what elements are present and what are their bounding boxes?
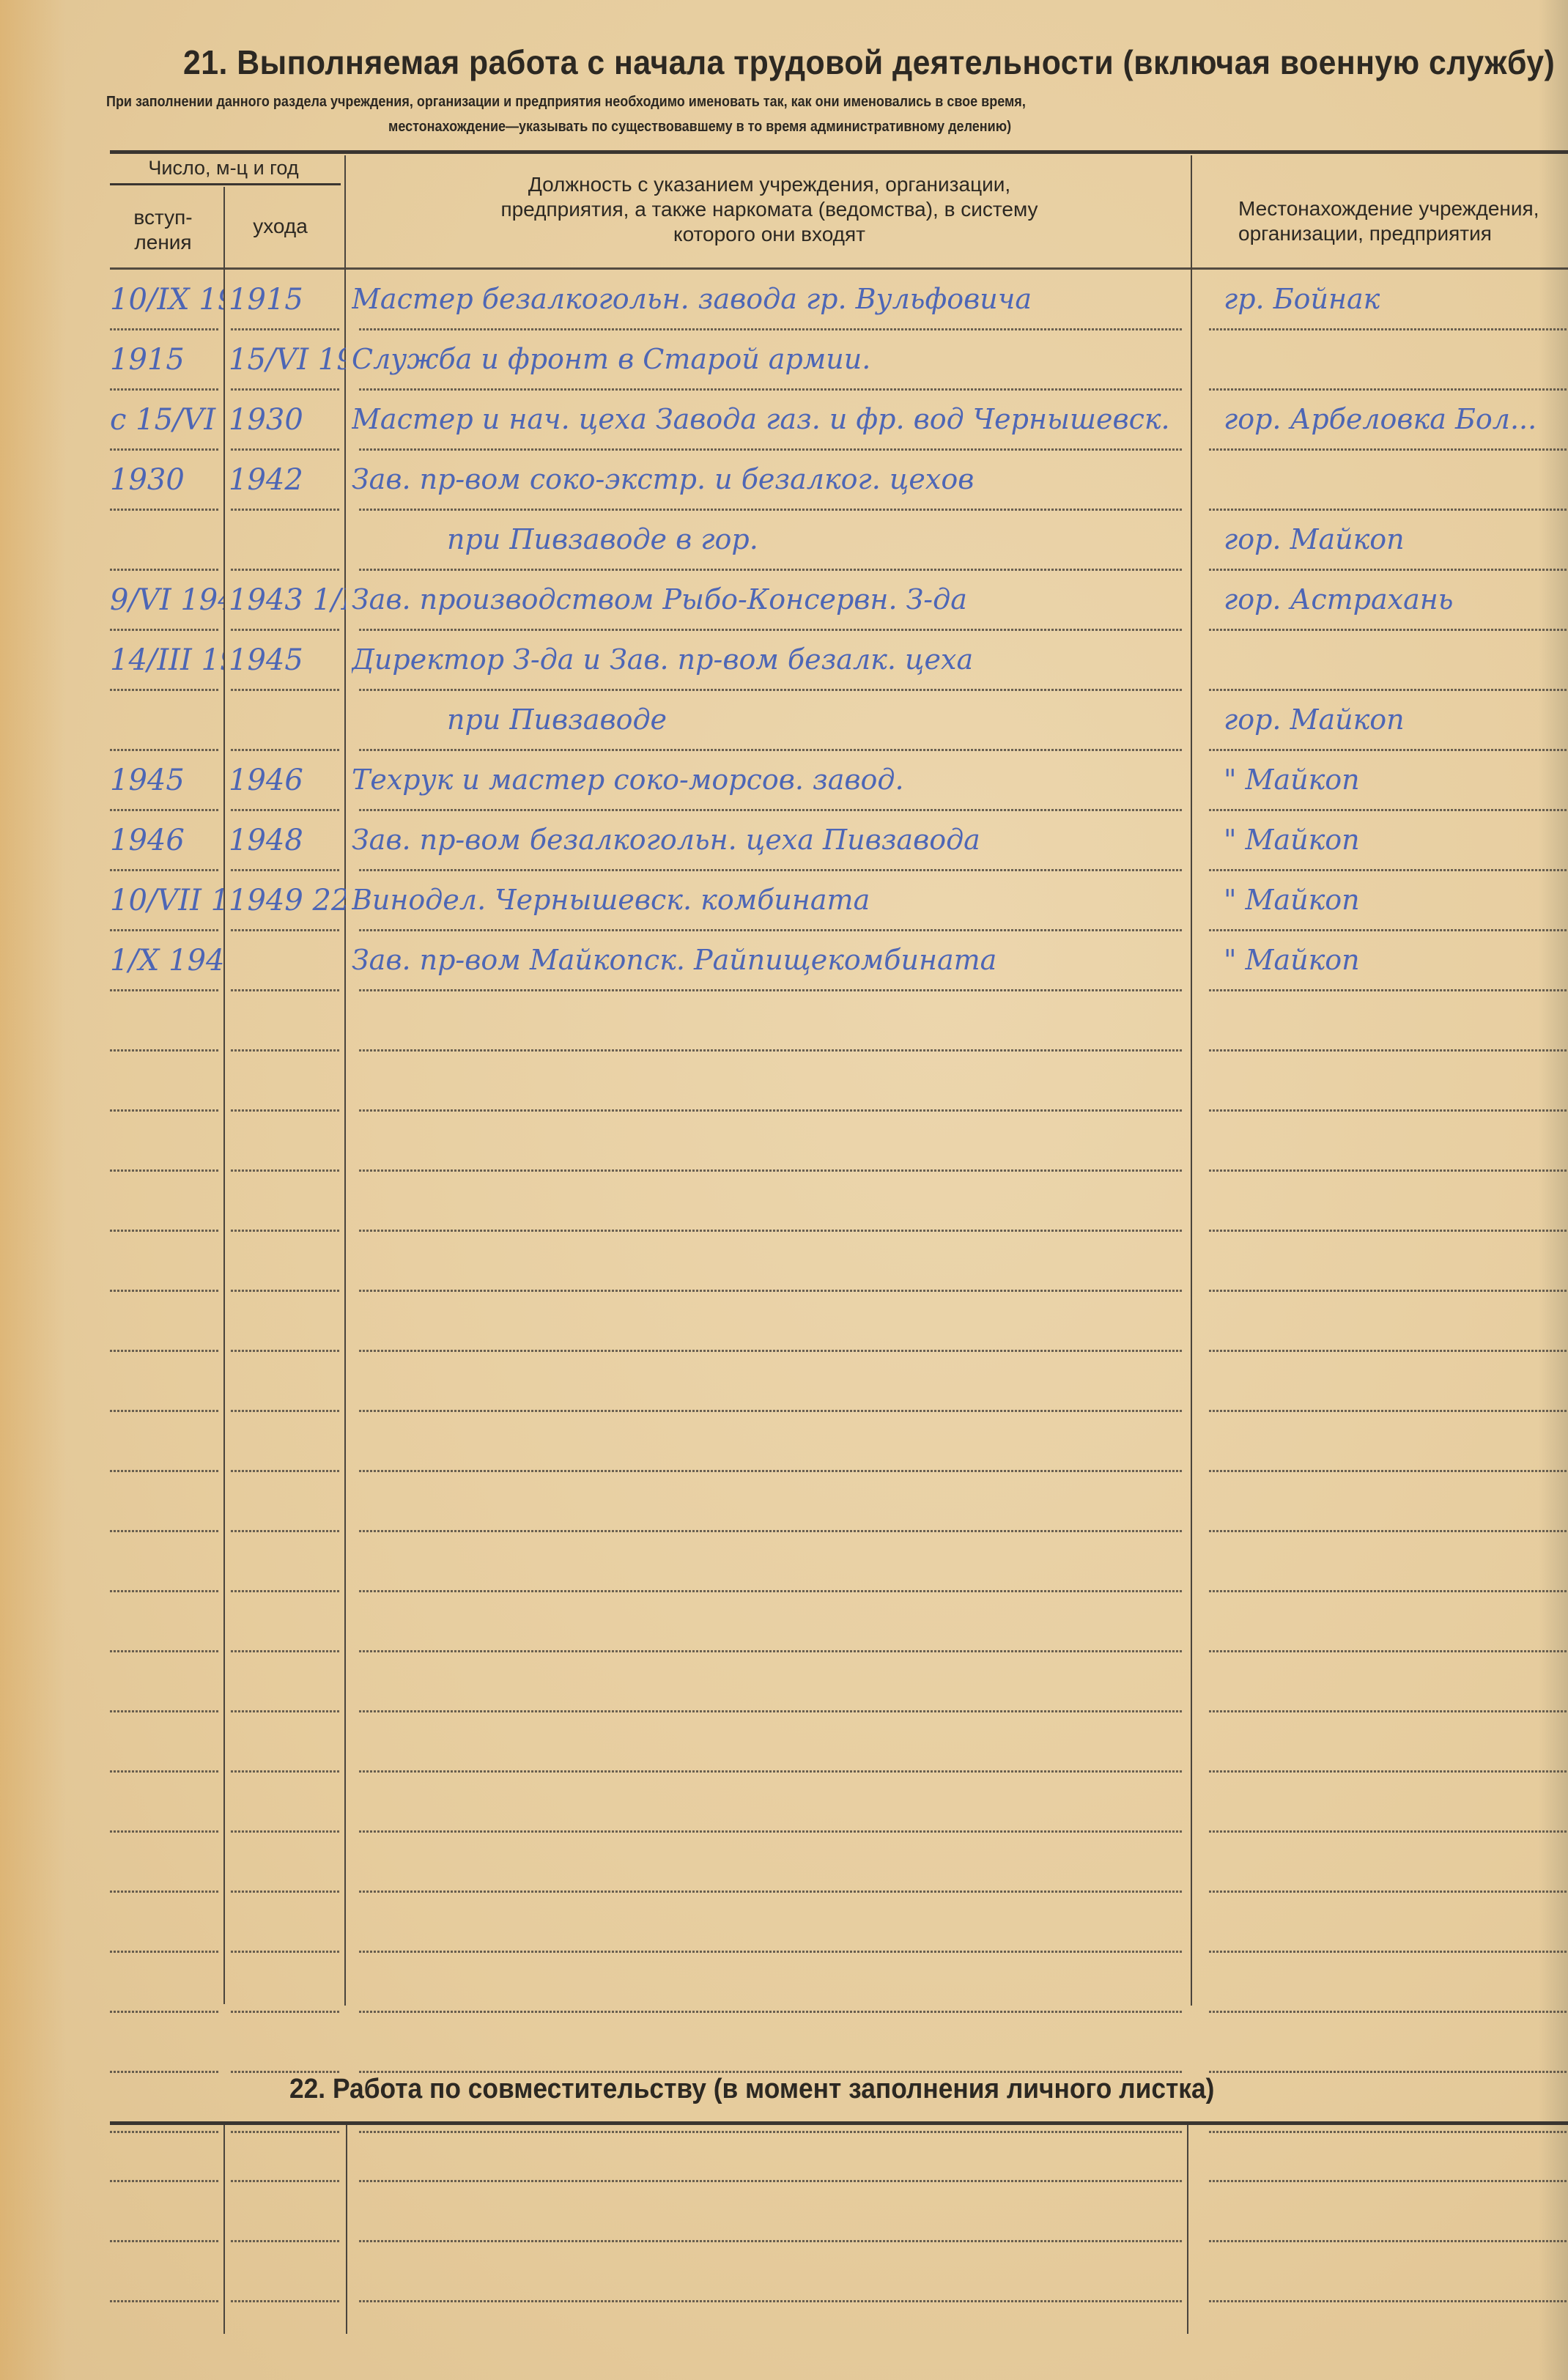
row-line-11-seg-3	[1209, 989, 1568, 991]
row-line-26-seg-2	[359, 1891, 1183, 1893]
row-line-20-seg-0	[110, 1530, 220, 1532]
row-line-19-seg-0	[110, 1470, 220, 1472]
row-line-21-seg-0	[110, 1590, 220, 1592]
location-text: гор. Майкоп	[1224, 523, 1405, 555]
row-line-1-seg-1	[231, 388, 341, 391]
row-line-13-seg-3	[1209, 1109, 1568, 1112]
row-line-10-seg-0	[110, 929, 220, 931]
row-line-1-seg-3	[1209, 388, 1568, 391]
s22-col-rule-1	[223, 2125, 225, 2334]
row-line-19-seg-2	[359, 1470, 1183, 1472]
position-text: Зав. пр-вом Майкопск. Райпищекомбината	[352, 944, 996, 976]
row-line-7-seg-1	[231, 749, 341, 751]
position-text: при Пивзаводе в гор.	[447, 523, 758, 555]
position-text: Мастер и нач. цеха Завода газ. и фр. вод…	[352, 403, 1170, 435]
entry-date: с 15/VI 1918	[110, 403, 223, 437]
col-rule-3	[1191, 155, 1192, 2006]
row-line-16-seg-2	[359, 1290, 1183, 1292]
row-line-10-seg-3	[1209, 929, 1568, 931]
exit-date: 1946	[229, 764, 303, 797]
row-line-2-seg-3	[1209, 448, 1568, 451]
row-line-14-seg-1	[231, 1169, 341, 1172]
row-line-8-seg-2	[359, 809, 1183, 811]
entry-date: 9/VI 1942	[110, 583, 223, 617]
row-line-11-seg-2	[359, 989, 1183, 991]
row-line-18-seg-0	[110, 1410, 220, 1412]
row-line-8-seg-3	[1209, 809, 1568, 811]
row-line-21-seg-2	[359, 1590, 1183, 1592]
row-line-10-seg-2	[359, 929, 1183, 931]
section-22-top-rule	[110, 2121, 1568, 2125]
row-line-21-seg-3	[1209, 1590, 1568, 1592]
row-line-23-seg-3	[1209, 1710, 1568, 1712]
row-line-5-seg-0	[110, 629, 220, 631]
exit-date: 15/VI 1918	[229, 343, 346, 377]
row-line-12-seg-1	[231, 1049, 341, 1052]
row-line-27-seg-3	[1209, 1951, 1568, 1953]
row-line-28-seg-0	[110, 2011, 220, 2013]
position-text: Директор З-да и Зав. пр-вом безалк. цеха	[352, 643, 973, 676]
row-line-24-seg-2	[359, 1770, 1183, 1773]
row-line-16-seg-1	[231, 1290, 341, 1292]
position-text: Техрук и мастер соко-морсов. завод.	[352, 764, 904, 796]
row-line-20-seg-1	[231, 1530, 341, 1532]
exit-date: 1930	[229, 403, 303, 437]
row-line-28-seg-2	[359, 2011, 1183, 2013]
row-line-9-seg-1	[231, 869, 341, 871]
exit-date: 1945	[229, 643, 303, 677]
row-line-8-seg-1	[231, 809, 341, 811]
row-line-4-seg-1	[231, 569, 341, 571]
header-exit: ухода	[220, 214, 341, 239]
row-line-10-seg-1	[231, 929, 341, 931]
header-location: Местонахождение учреждения, организации,…	[1202, 196, 1568, 246]
row-line-5-seg-1	[231, 629, 341, 631]
location-text: " Майкоп	[1224, 824, 1360, 856]
row-line-2-seg-2	[359, 448, 1183, 451]
entry-date: 1946	[110, 824, 185, 857]
row-line-15-seg-2	[359, 1230, 1183, 1232]
exit-date: 1949 22/II	[229, 884, 346, 917]
row-line-27-seg-2	[359, 1951, 1183, 1953]
section-21-note-line2: местонахождение—указывать по существовав…	[388, 119, 1011, 136]
row-line-19-seg-1	[231, 1470, 341, 1472]
position-text: при Пивзаводе	[447, 703, 667, 736]
row-line-11-seg-1	[231, 989, 341, 991]
row-line-3-seg-2	[359, 509, 1183, 511]
row-line-2-seg-0	[110, 448, 220, 451]
entry-date: 1930	[110, 463, 185, 497]
row-line-28-seg-1	[231, 2011, 341, 2013]
location-text: " Майкоп	[1224, 764, 1360, 796]
row-line-27-seg-0	[110, 1951, 220, 1953]
row-line-6-seg-2	[359, 689, 1183, 691]
position-text: Служба и фронт в Старой армии.	[352, 343, 870, 375]
row-line-1-seg-0	[110, 388, 220, 391]
row-line-11-seg-0	[110, 989, 220, 991]
location-text: гор. Астрахань	[1224, 583, 1453, 616]
row-line-23-seg-0	[110, 1710, 220, 1712]
row-line-15-seg-0	[110, 1230, 220, 1232]
row-line-24-seg-3	[1209, 1770, 1568, 1773]
row-line-0-seg-3	[1209, 328, 1568, 330]
s22-row-line-1-seg-0	[110, 2240, 220, 2242]
s22-col-rule-2	[346, 2125, 347, 2334]
row-line-17-seg-3	[1209, 1350, 1568, 1352]
s22-row-line-1-seg-3	[1209, 2240, 1568, 2242]
header-date-group: Число, м-ц и год	[106, 155, 341, 180]
entry-date: 1945	[110, 764, 185, 797]
s22-row-line-0-seg-3	[1209, 2180, 1568, 2182]
row-line-25-seg-0	[110, 1830, 220, 1833]
row-line-14-seg-0	[110, 1169, 220, 1172]
s22-col-rule-3	[1187, 2125, 1188, 2334]
row-line-28-seg-3	[1209, 2011, 1568, 2013]
row-line-30-seg-1	[231, 2131, 341, 2133]
row-line-19-seg-3	[1209, 1470, 1568, 1472]
row-line-8-seg-0	[110, 809, 220, 811]
row-line-3-seg-0	[110, 509, 220, 511]
location-text: гр. Бойнак	[1224, 283, 1380, 315]
s22-row-line-2-seg-1	[231, 2300, 341, 2302]
row-line-24-seg-0	[110, 1770, 220, 1773]
row-line-12-seg-0	[110, 1049, 220, 1052]
row-line-12-seg-3	[1209, 1049, 1568, 1052]
row-line-21-seg-1	[231, 1590, 341, 1592]
row-line-7-seg-2	[359, 749, 1183, 751]
exit-date: 1942	[229, 463, 303, 497]
row-line-3-seg-1	[231, 509, 341, 511]
row-line-17-seg-2	[359, 1350, 1183, 1352]
row-line-23-seg-1	[231, 1710, 341, 1712]
row-line-1-seg-2	[359, 388, 1183, 391]
row-line-29-seg-3	[1209, 2071, 1568, 2073]
position-text: Зав. пр-вом безалкогольн. цеха Пивзавода	[352, 824, 980, 856]
row-line-15-seg-3	[1209, 1230, 1568, 1232]
row-line-26-seg-3	[1209, 1891, 1568, 1893]
row-line-0-seg-2	[359, 328, 1183, 330]
row-line-0-seg-1	[231, 328, 341, 330]
row-line-9-seg-2	[359, 869, 1183, 871]
row-line-13-seg-0	[110, 1109, 220, 1112]
row-line-22-seg-0	[110, 1650, 220, 1652]
s22-row-line-1-seg-2	[359, 2240, 1183, 2242]
row-line-0-seg-0	[110, 328, 220, 330]
location-text: гор. Майкоп	[1224, 703, 1405, 736]
row-line-25-seg-2	[359, 1830, 1183, 1833]
row-line-27-seg-1	[231, 1951, 341, 1953]
row-line-5-seg-3	[1209, 629, 1568, 631]
position-text: Зав. пр-вом соко-экстр. и безалког. цехо…	[352, 463, 974, 495]
entry-date: 1915	[110, 343, 185, 377]
location-text: " Майкоп	[1224, 944, 1360, 976]
row-line-30-seg-2	[359, 2131, 1183, 2133]
row-line-16-seg-0	[110, 1290, 220, 1292]
row-line-24-seg-1	[231, 1770, 341, 1773]
entry-date: 10/IX 1913	[110, 283, 223, 317]
row-line-23-seg-2	[359, 1710, 1183, 1712]
row-line-18-seg-3	[1209, 1410, 1568, 1412]
row-line-9-seg-0	[110, 869, 220, 871]
row-line-4-seg-0	[110, 569, 220, 571]
row-line-29-seg-1	[231, 2071, 341, 2073]
row-line-6-seg-1	[231, 689, 341, 691]
position-text: Винодел. Чернышевск. комбината	[352, 884, 870, 916]
row-line-17-seg-1	[231, 1350, 341, 1352]
entry-date: 14/III 1943	[110, 643, 223, 677]
row-line-29-seg-2	[359, 2071, 1183, 2073]
s22-row-line-1-seg-1	[231, 2240, 341, 2242]
row-line-3-seg-3	[1209, 509, 1568, 511]
row-line-9-seg-3	[1209, 869, 1568, 871]
col-rule-1	[223, 187, 225, 2004]
row-line-2-seg-1	[231, 448, 341, 451]
exit-date: 1948	[229, 824, 303, 857]
section-21-note-line1: При заполнении данного раздела учреждени…	[106, 94, 1026, 111]
row-line-18-seg-1	[231, 1410, 341, 1412]
row-line-4-seg-3	[1209, 569, 1568, 571]
row-line-7-seg-3	[1209, 749, 1568, 751]
row-line-29-seg-0	[110, 2071, 220, 2073]
row-line-6-seg-3	[1209, 689, 1568, 691]
s22-row-line-0-seg-0	[110, 2180, 220, 2182]
row-line-17-seg-0	[110, 1350, 220, 1352]
row-line-22-seg-1	[231, 1650, 341, 1652]
section-21-title: 21. Выполняемая работа с начала трудовой…	[183, 42, 1555, 82]
row-line-18-seg-2	[359, 1410, 1183, 1412]
header-entry: вступ- ления	[110, 205, 216, 255]
row-line-22-seg-2	[359, 1650, 1183, 1652]
row-line-15-seg-1	[231, 1230, 341, 1232]
position-text: Зав. производством Рыбо-Консервн. З-да	[352, 583, 967, 616]
header-bottom-rule	[110, 267, 1568, 270]
row-line-16-seg-3	[1209, 1290, 1568, 1292]
row-line-14-seg-2	[359, 1169, 1183, 1172]
entry-date: 1/X 1949	[110, 944, 223, 977]
section-22-title: 22. Работа по совместительству (в момент…	[289, 2074, 1214, 2105]
s22-row-line-2-seg-3	[1209, 2300, 1568, 2302]
row-line-20-seg-3	[1209, 1530, 1568, 1532]
row-line-7-seg-0	[110, 749, 220, 751]
row-line-13-seg-2	[359, 1109, 1183, 1112]
row-line-6-seg-0	[110, 689, 220, 691]
exit-date: 1943 1/II	[229, 583, 346, 617]
row-line-30-seg-0	[110, 2131, 220, 2133]
row-line-25-seg-1	[231, 1830, 341, 1833]
row-line-13-seg-1	[231, 1109, 341, 1112]
s22-row-line-2-seg-0	[110, 2300, 220, 2302]
s22-row-line-2-seg-2	[359, 2300, 1183, 2302]
row-line-5-seg-2	[359, 629, 1183, 631]
position-text: Мастер безалкогольн. завода гр. Вульфови…	[352, 283, 1032, 315]
row-line-14-seg-3	[1209, 1169, 1568, 1172]
row-line-25-seg-3	[1209, 1830, 1568, 1833]
row-line-12-seg-2	[359, 1049, 1183, 1052]
row-line-4-seg-2	[359, 569, 1183, 571]
location-text: гор. Арбеловка Бол...	[1224, 403, 1536, 435]
location-text: " Майкоп	[1224, 884, 1360, 916]
s22-row-line-0-seg-1	[231, 2180, 341, 2182]
s22-row-line-0-seg-2	[359, 2180, 1183, 2182]
row-line-26-seg-0	[110, 1891, 220, 1893]
row-line-26-seg-1	[231, 1891, 341, 1893]
row-line-30-seg-3	[1209, 2131, 1568, 2133]
header-date-underline	[110, 183, 341, 185]
table-top-rule	[110, 150, 1568, 154]
header-position: Должность с указанием учреждения, органи…	[352, 172, 1187, 247]
entry-date: 10/VII 1948	[110, 884, 223, 917]
row-line-22-seg-3	[1209, 1650, 1568, 1652]
exit-date: 1915	[229, 283, 303, 317]
col-rule-2	[344, 155, 346, 2006]
row-line-20-seg-2	[359, 1530, 1183, 1532]
